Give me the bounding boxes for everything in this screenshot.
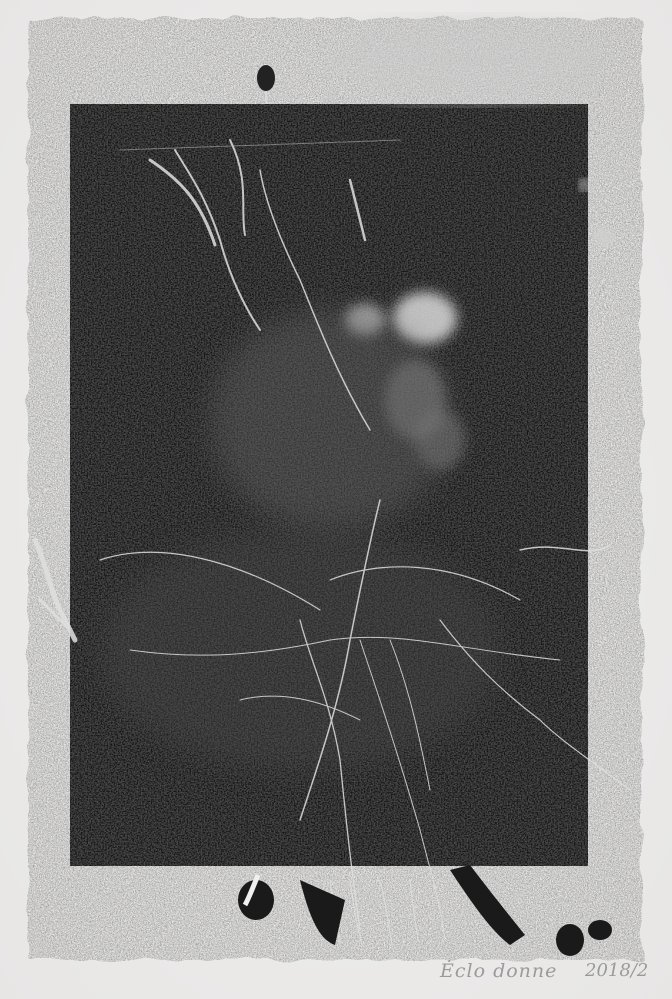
bottom-dark-forms <box>238 865 612 956</box>
artist-signature: Ėclo donne <box>440 960 557 982</box>
seed-mark <box>257 65 275 91</box>
edition-number: 2018/2 <box>585 960 648 981</box>
print-marks <box>0 0 672 999</box>
